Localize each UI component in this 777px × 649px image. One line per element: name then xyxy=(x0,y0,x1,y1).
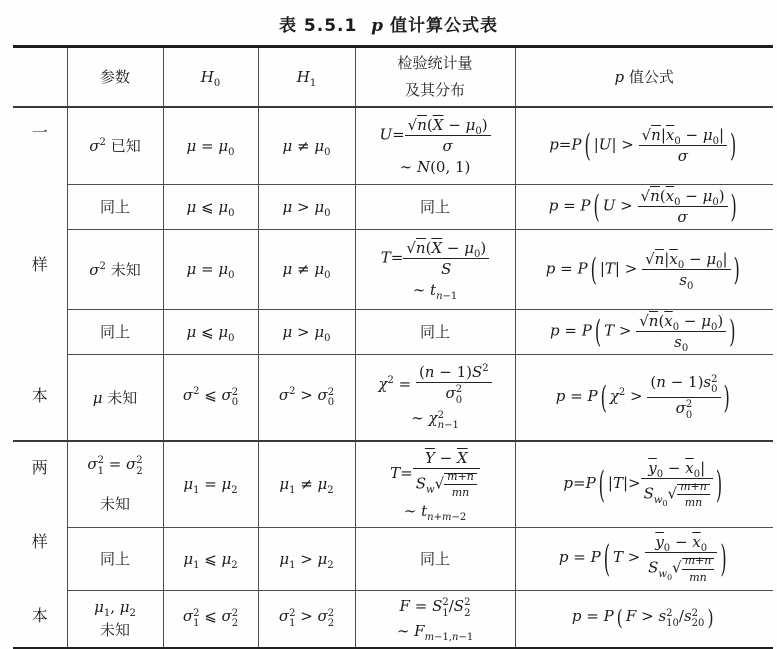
param-cell: 同上 xyxy=(67,309,163,354)
header-p-formula: p 值公式 xyxy=(515,47,773,108)
h0-cell: μ ⩽ μ0 xyxy=(163,309,258,354)
param-cell: μ1, μ2未知 xyxy=(67,590,163,648)
title-p-symbol: p xyxy=(371,16,383,36)
title-spacer xyxy=(357,16,371,36)
table-row: μ 未知 σ2 ⩽ σ20 σ2 > σ20 χ2 = (n − 1)S2σ20… xyxy=(13,354,773,441)
table-row: 一 样 本 σ2 已知 μ = μ0 μ ≠ μ0 U=√n(X − μ0)σ∼… xyxy=(13,107,773,184)
h1-cell: μ > μ0 xyxy=(258,184,355,229)
group-char: 一 xyxy=(32,120,48,143)
h0-cell: σ21 ⩽ σ22 xyxy=(163,590,258,648)
h1-cell: μ1 ≠ μ2 xyxy=(258,441,355,527)
h1-cell: σ2 > σ20 xyxy=(258,354,355,441)
h0-cell: μ1 ⩽ μ2 xyxy=(163,527,258,590)
h0-cell: σ2 ⩽ σ20 xyxy=(163,354,258,441)
h1-cell: μ ≠ μ0 xyxy=(258,229,355,309)
scanned-textbook-page: 表 5.5.1 p 值计算公式表 参数 H0 H1 检验统计量及其分布 p 值公… xyxy=(0,0,777,649)
statistic-cell: 同上 xyxy=(355,184,515,229)
p-formula-cell: p=P(|T|>y0 − x0|Sw0√m+nmn) xyxy=(515,441,773,527)
statistic-cell: T=Y − XSw√m+nmn∼ tn+m−2 xyxy=(355,441,515,527)
header-h0: H0 xyxy=(163,47,258,108)
statistic-cell: χ2 = (n − 1)S2σ20∼ χ2n−1 xyxy=(355,354,515,441)
table-row: σ2 未知 μ = μ0 μ ≠ μ0 T=√n(X − μ0)S∼ tn−1 … xyxy=(13,229,773,309)
header-statistic: 检验统计量及其分布 xyxy=(355,47,515,108)
param-cell: σ2 已知 xyxy=(67,107,163,184)
header-param: 参数 xyxy=(67,47,163,108)
header-h1: H1 xyxy=(258,47,355,108)
title-text: 值计算公式表 xyxy=(390,16,498,36)
table-row: 同上 μ1 ⩽ μ2 μ1 > μ2 同上 p = P(T > y0 − x0S… xyxy=(13,527,773,590)
pvalue-formula-table: 参数 H0 H1 检验统计量及其分布 p 值公式 一 样 本 σ2 已知 μ =… xyxy=(13,45,773,649)
group-char: 本 xyxy=(32,383,48,406)
table-title: 表 5.5.1 p 值计算公式表 xyxy=(0,11,777,36)
p-formula-cell: p = P(|T| > √n|x0 − μ0|s0) xyxy=(515,229,773,309)
p-formula-cell: p = P(χ2 > (n − 1)s20σ20) xyxy=(515,354,773,441)
param-cell: 同上 xyxy=(67,527,163,590)
param-cell: μ 未知 xyxy=(67,354,163,441)
p-formula-cell: p = P(T > y0 − x0Sw0√m+nmn) xyxy=(515,527,773,590)
group-char: 样 xyxy=(32,252,48,275)
group-label-one-sample: 一 样 本 xyxy=(13,107,67,441)
group-char: 两 xyxy=(32,455,48,478)
table-row: μ1, μ2未知 σ21 ⩽ σ22 σ21 > σ22 F = S21/S22… xyxy=(13,590,773,648)
table-number: 表 5.5.1 xyxy=(279,16,357,36)
h0-cell: μ ⩽ μ0 xyxy=(163,184,258,229)
h1-cell: μ ≠ μ0 xyxy=(258,107,355,184)
h0-cell: μ = μ0 xyxy=(163,229,258,309)
table-row: 同上 μ ⩽ μ0 μ > μ0 同上 p = P(T > √n(x0 − μ0… xyxy=(13,309,773,354)
p-formula-cell: p=P(|U| > √n|x0 − μ0|σ) xyxy=(515,107,773,184)
header-row: 参数 H0 H1 检验统计量及其分布 p 值公式 xyxy=(13,47,773,108)
statistic-cell: 同上 xyxy=(355,309,515,354)
header-group-cell xyxy=(13,47,67,108)
param-cell: 同上 xyxy=(67,184,163,229)
p-formula-cell: p = P(T > √n(x0 − μ0)s0) xyxy=(515,309,773,354)
h1-cell: σ21 > σ22 xyxy=(258,590,355,648)
group-label-two-sample: 两 样 本 xyxy=(13,441,67,648)
p-formula-cell: p = P(F > s210/s220) xyxy=(515,590,773,648)
group-char: 本 xyxy=(32,603,48,626)
h0-cell: μ1 = μ2 xyxy=(163,441,258,527)
statistic-cell: 同上 xyxy=(355,527,515,590)
h1-cell: μ1 > μ2 xyxy=(258,527,355,590)
statistic-cell: F = S21/S22∼ Fm−1,n−1 xyxy=(355,590,515,648)
param-cell: σ21 = σ22未知 xyxy=(67,441,163,527)
statistic-cell: U=√n(X − μ0)σ∼ N(0, 1) xyxy=(355,107,515,184)
p-formula-cell: p = P(U > √n(x0 − μ0)σ) xyxy=(515,184,773,229)
h0-cell: μ = μ0 xyxy=(163,107,258,184)
param-cell: σ2 未知 xyxy=(67,229,163,309)
table-row: 同上 μ ⩽ μ0 μ > μ0 同上 p = P(U > √n(x0 − μ0… xyxy=(13,184,773,229)
h1-cell: μ > μ0 xyxy=(258,309,355,354)
statistic-cell: T=√n(X − μ0)S∼ tn−1 xyxy=(355,229,515,309)
table-row: 两 样 本 σ21 = σ22未知 μ1 = μ2 μ1 ≠ μ2 T=Y − … xyxy=(13,441,773,527)
group-char: 样 xyxy=(32,529,48,552)
